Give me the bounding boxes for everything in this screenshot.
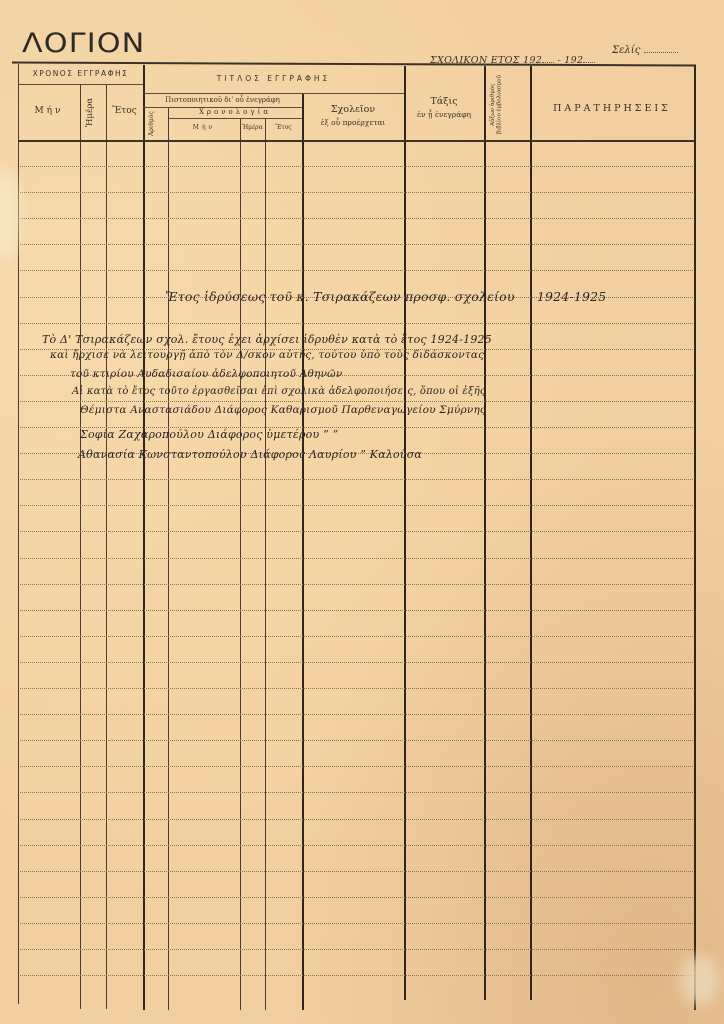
handwritten-line-7: Σοφία Ζαχαροπούλου Διάφορος ὑμετέρου ” ” xyxy=(80,428,338,441)
col-header-cert-month: Μήν xyxy=(168,125,240,132)
col-header-number: Ἀριθμός xyxy=(149,110,161,138)
col-sep-serial-remarks xyxy=(530,66,532,1000)
handwritten-line-4: τοῦ κτιρίου Αυδαδισαίου ἀδελφοποιητοῦ Αθ… xyxy=(70,368,342,380)
table-row xyxy=(20,636,693,637)
handwritten-line-6: Θέμιστα Αναστασιάδου Διάφορος Καθαρισμοῦ… xyxy=(80,404,486,416)
col-header-serial: Αὔξων ἀριθμὸς βιβλίου ἐμβολιασμοῦ xyxy=(490,74,524,136)
col-header-month: Μήν xyxy=(18,106,80,116)
table-row xyxy=(20,270,693,271)
col-header-remarks: ΠΑΡΑΤΗΡΗΣΕΙΣ xyxy=(530,104,694,115)
col-sep-date-title xyxy=(143,65,145,1010)
hdr-line-title-group xyxy=(143,93,404,94)
col-header-school-from: Σχολεῖον ἐξ οὗ προέρχεται xyxy=(302,105,404,128)
table-row xyxy=(20,166,693,167)
table-row xyxy=(20,766,693,767)
handwritten-founding-year: 1924-1925 xyxy=(537,289,607,304)
col-header-class: Τάξις ἐν ᾗ ἐνεγράφη xyxy=(404,97,484,120)
table-row xyxy=(20,923,693,924)
table-row xyxy=(20,975,693,976)
table-row xyxy=(20,479,693,480)
header-certificate: Πιστοποιητικοῦ δι' οὗ ἐνεγράφη xyxy=(143,96,302,104)
col-sep-certday-certyear xyxy=(265,118,266,1010)
header-registration-title: ΤΙΤΛΟΣ ΕΓΓΡΑΦΗΣ xyxy=(143,75,404,84)
col-header-class-sub: ἐν ᾗ ἐνεγράφη xyxy=(404,111,484,120)
handwritten-founding-text: Ἔτος ἱδρύσεως τοῦ κ. Τσιρακάζεων προσφ. … xyxy=(165,289,515,304)
col-header-school-from-title: Σχολεῖον xyxy=(302,105,404,116)
table-row xyxy=(20,792,693,793)
table-row xyxy=(20,401,693,402)
handwritten-line-2: Τὸ Δ' Τσιρακάζεων σχολ. ἔτους ἐχει ἀρχίσ… xyxy=(42,333,492,346)
col-sep-class-serial xyxy=(484,66,486,1000)
table-row xyxy=(20,558,693,559)
table-row xyxy=(20,610,693,611)
col-sep-cert-school xyxy=(302,93,304,1010)
table-row xyxy=(20,819,693,820)
col-sep-school-class xyxy=(404,66,406,1000)
page-number-field: Σελίς xyxy=(612,45,678,56)
table-row xyxy=(20,323,693,324)
col-header-cert-year: Ἔτος xyxy=(265,125,302,132)
table-row xyxy=(20,871,693,872)
handwritten-line-5: Αἱ κατὰ τὸ ἔτος τοῦτο ἐργασθεῖσαι ἐπὶ σχ… xyxy=(72,386,486,397)
handwritten-line-8: Αθανασία Κωνσταντοπούλου Διάφορος Λαυρίο… xyxy=(78,448,422,461)
table-row xyxy=(20,662,693,663)
table-row xyxy=(20,740,693,741)
table-row xyxy=(20,688,693,689)
header-chronology: Χρονολογία xyxy=(168,108,302,116)
page-number-blank xyxy=(644,52,678,53)
col-header-day: Ἡμέρα xyxy=(86,92,100,132)
col-sep-certmonth-certday xyxy=(240,118,241,1010)
table-row xyxy=(20,845,693,846)
col-header-cert-day: Ἡμέρα xyxy=(240,125,265,132)
col-header-class-title: Τάξις xyxy=(404,97,484,108)
register-title: ΛΟΓΙΟΝ xyxy=(22,28,145,59)
table-row xyxy=(20,714,693,715)
handwritten-line-3: καὶ ἤρχισε νὰ λειτουργῇ ἀπὸ τὸν Δ/σκον α… xyxy=(50,349,484,361)
table-row xyxy=(20,949,693,950)
table-row xyxy=(20,218,693,219)
hdr-line-date-group xyxy=(18,84,143,85)
table-row xyxy=(20,244,693,245)
page-label: Σελίς xyxy=(612,45,640,56)
header-registration-date: ΧΡΟΝΟΣ ΕΓΓΡΑΦΗΣ xyxy=(18,70,143,79)
hdr-line-chronology xyxy=(168,118,302,119)
table-row xyxy=(20,192,693,193)
col-header-year: Ἔτος xyxy=(106,106,143,116)
table-row xyxy=(20,505,693,506)
table-row xyxy=(20,584,693,585)
hdr-bottom-border xyxy=(18,140,695,142)
col-border-right xyxy=(694,65,696,1010)
paper-stain xyxy=(680,955,720,1005)
paper-stain xyxy=(0,170,20,260)
col-header-school-from-sub: ἐξ οὗ προέρχεται xyxy=(302,119,404,128)
school-year-end-blank xyxy=(583,62,595,63)
handwritten-line-1: Ἔτος ἱδρύσεως τοῦ κ. Τσιρακάζεων προσφ. … xyxy=(165,289,606,304)
table-row xyxy=(20,531,693,532)
table-row xyxy=(20,897,693,898)
